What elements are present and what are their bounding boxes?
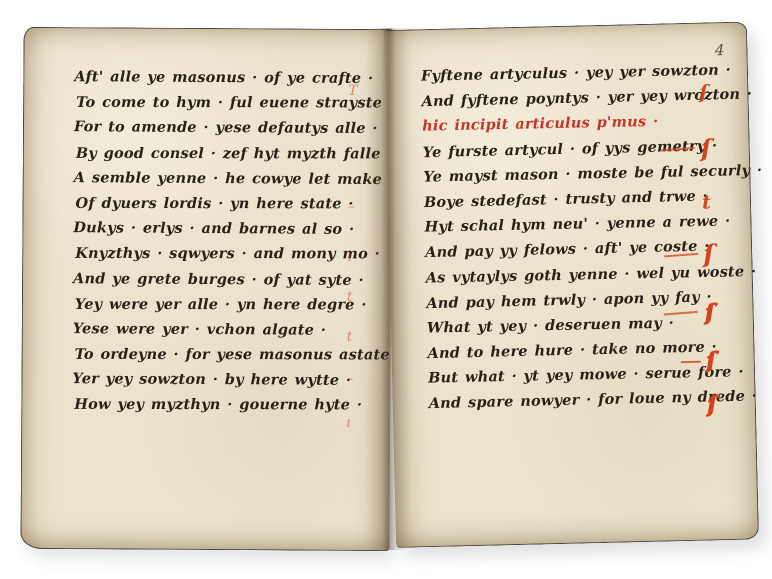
red-paraph-mark-icon: – <box>346 370 353 388</box>
red-paraph-mark-icon: – <box>347 198 354 216</box>
manuscript-line: Yer yey sowzton · by here wytte · <box>72 366 372 393</box>
left-page: Aft' alle ye masonus · of ye crafte · To… <box>20 27 392 551</box>
right-page: 4 Fyftene artyculus · yey yer sowzton · … <box>384 22 759 548</box>
manuscript-line: Aft' alle ye masonus · of ye crafte · <box>74 64 374 91</box>
manuscript-line: For to amende · yese defautys alle · <box>74 115 374 142</box>
red-paraph-mark-icon: ſ <box>701 139 712 157</box>
red-paraph-mark-icon: t <box>347 328 353 346</box>
manuscript-line: And ye grete burges · of yat syte · <box>73 266 373 293</box>
manuscript-line: How yey myzthyn · gouerne hyte · <box>74 392 374 418</box>
manuscript-line: Yese were yer · vchon algate · <box>73 316 373 343</box>
red-paraph-mark-icon: ſ <box>699 83 708 101</box>
red-paraph-mark-icon: t <box>347 288 353 306</box>
left-page-text-block: Aft' alle ye masonus · of ye crafte · To… <box>72 64 374 418</box>
red-paraph-mark-icon: t <box>702 193 711 211</box>
red-paraph-mark-icon: ı <box>347 248 352 266</box>
red-paraph-mark-icon: ſ <box>704 303 714 321</box>
manuscript-line: Dukys · erlys · and barnes al so · <box>73 215 373 242</box>
manuscript-line: A semble yenne · he cowye let make · <box>74 165 374 192</box>
red-paraph-mark-icon: ſ <box>707 395 717 413</box>
manuscript-line: To ordeyne · for yese masonus astate · <box>75 342 375 368</box>
red-paraph-mark-icon: ſ <box>703 245 714 263</box>
right-page-text-block: Fyftene artyculus · yey yer sowzton · An… <box>421 57 745 417</box>
manuscript-line: To come to hym · ful euene strayste · <box>76 90 376 116</box>
red-paraph-mark-icon: ſ <box>706 351 716 369</box>
manuscript-line: Of dyuers lordis · yn here state · <box>76 191 376 217</box>
red-paraph-mark-icon: ı <box>346 414 351 432</box>
manuscript-photo: Aft' alle ye masonus · of ye crafte · To… <box>0 0 772 579</box>
manuscript-line: By good consel · zef hyt myzth falle · <box>76 140 376 166</box>
red-paraph-mark-icon: T <box>348 82 357 100</box>
manuscript-line: Yey were yer alle · yn here degre · <box>75 292 375 318</box>
manuscript-line: Knyzthys · sqwyers · and mony mo · <box>75 241 375 267</box>
